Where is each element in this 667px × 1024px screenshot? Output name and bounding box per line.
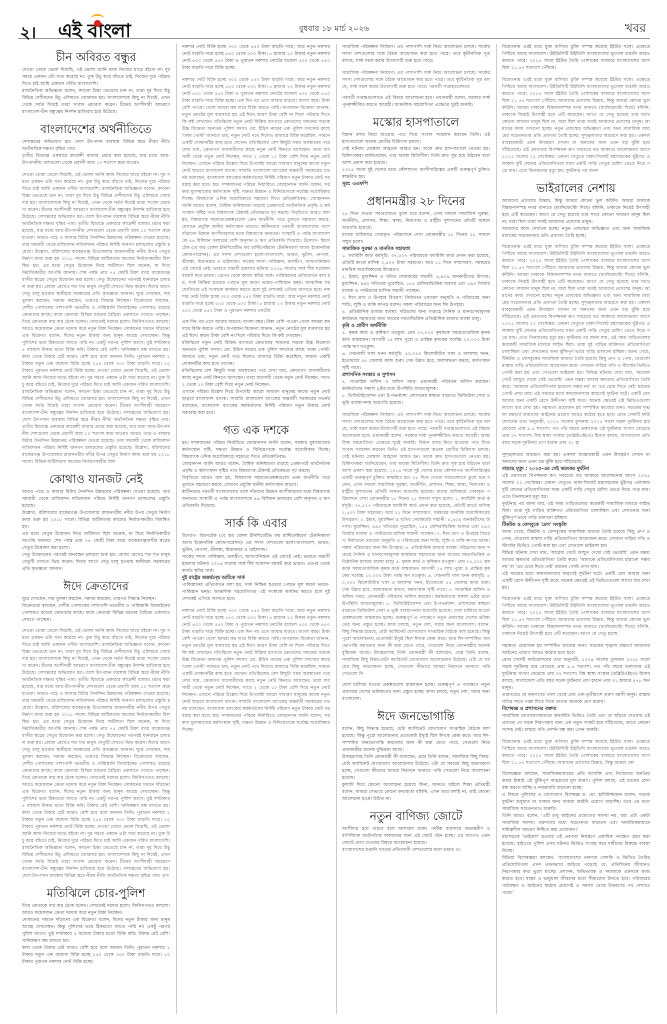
article-headline: প্রধানমন্ত্রীর ২৮ দিনের — [342, 194, 490, 208]
article-paragraph: মতিঝিলে নতুন নোট বিক্রির ব্যাপারে ক্রেতা… — [182, 340, 330, 368]
article-headline: কোথাও যানজট নেই — [22, 472, 170, 486]
article-paragraph: বলেন, কিছু সিদ্ধান্ত হয়েছে, যেটা ক্যাবি… — [342, 726, 490, 754]
article-body-text: বিয়েতনাম এরই মধ্যে মুক্ত বাণিজ্য চুক্তি… — [502, 244, 650, 447]
article-subhead: সামাজিক সুরক্ষা ও মানবিক সহায়তা — [342, 246, 490, 253]
masthead: ২। এই বাংলা বুধবার ১৮ মার্চ ২০২৬ খবর — [18, 18, 650, 39]
article-body-text: নকশার নোট বিক্রি হচ্ছে ৩০০ থেকে ৫৫০ টাকা… — [182, 77, 330, 315]
article-paragraph: উদাহরণসহ তিনি প্রধানমন্ত্রী কী বলেছেন, প… — [342, 754, 490, 782]
article-body-text: বিয়েতনাম এরই মধ্যে মুক্ত বাণিজ্য চুক্তি… — [502, 77, 650, 175]
article-paragraph: ৭. সাপ্তাহিক অফিস ও অফিস সময়: প্রধানমন্… — [342, 379, 490, 393]
column-4: বিয়েতনাম এরই মধ্যে মুক্ত বাণিজ্য চুক্তি… — [496, 44, 650, 1014]
article-paragraph: পরবর্তী সপ্তাহগুলোতে এই বিষয়ে আলোচনা হব… — [342, 95, 490, 109]
article-subhead: প্রশাসনিক সংস্কার ও সুশাসন — [342, 372, 490, 379]
column-1: চীন অবিরত বন্ধুরদেওয়া তোমা ভেলে দিয়েছি… — [22, 44, 170, 1014]
article-paragraph: দিয়ে ক্রেতাকে বার বার ঠেকে বলেন। সেখানে… — [22, 903, 170, 917]
article-paragraph: দোকানের সামনে দাঁড়ানো এক বিক্রেতা বলেন,… — [22, 917, 170, 945]
article-paragraph: সামাজিক পরিকল্পনা নির্ধারণ। এর পাশাপাশি … — [342, 44, 490, 65]
article-paragraph: মতিঝিলের বেশ কিছুটা সময় অবস্থানের পরে দ… — [182, 368, 330, 389]
section-label: খবর — [625, 20, 646, 40]
article-subhead: সূত্র: এএফপি — [342, 181, 490, 188]
article-paragraph: কুলাদি দিয়ে কোনো আলোচনা হয়েছে কিনা, জা… — [342, 782, 490, 803]
article-body-text: সামাজিক পরিকল্পনা নির্ধারণ। এর পাশাপাশি … — [342, 70, 490, 91]
article-paragraph: সেতু উদ্বোধনের পরপরই যানবাহন চলাচল শুরু … — [22, 552, 170, 573]
article-paragraph: বিক্রেতারা বলছেন, দেশীয় পোশাকের পাশাপাশ… — [22, 603, 170, 624]
article-headline: বাংলাদেশের অর্থনীতিতে — [22, 122, 170, 136]
article-paragraph: দুর্ঘটনার পর জানা যায়, ওই সময় গাড়িগুল… — [502, 501, 650, 522]
article-paragraph: ২. ইমাম, মুয়াজ্জিন ও খতিব সেবাকর্মের সম… — [342, 274, 490, 295]
column-3: সামাজিক পরিকল্পনা নির্ধারণ। এর পাশাপাশি … — [336, 44, 490, 1014]
article-paragraph: বিয়েতনাম এরই মধ্যে মুক্ত বাণিজ্য চুক্তি… — [502, 44, 650, 72]
article-paragraph: ঘুরে দেখছেন, দাম তুলনা করছেন, দরদাম করছে… — [22, 596, 170, 603]
article-paragraph: জানা গেছে, টিকটক ও ফেসবুকের সামাজিক মাধ্… — [502, 529, 650, 550]
article-headline: নতুন বাণিজ্য জোটে — [342, 809, 490, 823]
article-paragraph: রাজনৈতিক অভিজ্ঞতা বলেন, কখনো চিন্তা ভেঙে… — [22, 88, 170, 116]
article-paragraph: পাকিস্তানের প্রতিবেদনে বলা হয়, সার্ক নি… — [182, 582, 330, 603]
article-paragraph: বিবৃতিতে আরও বলা হয়, বিশ্বব্যাংক সহায়ত… — [182, 475, 330, 489]
article-subhead: বিশেষজ্ঞ ও প্রশাসনের বক্তব্য — [502, 706, 650, 713]
article-paragraph: এই সময়ের মধ্যে কায়জানস্যার কারণেই দুর্… — [502, 571, 650, 592]
article-paragraph: সামাজিক যোগাযোগমাধ্যমে ক্রমবর্ধিত ভিডিও … — [502, 713, 650, 734]
article-headline: চীন অবিরত বন্ধুর — [22, 50, 170, 64]
newspaper-page: ২। এই বাংলা বুধবার ১৮ মার্চ ২০২৬ খবর চীন… — [0, 0, 667, 1024]
article-headline: মস্কোর হাসপাতালে — [342, 115, 490, 129]
article-subhead: টিকটক ও ফেসবুকে 'রেস' সংস্কৃতি — [502, 522, 650, 529]
article-paragraph: রোড সেফটি ফাউন্ডেশনের তথ্য অনুযায়ী, ২০২… — [502, 657, 650, 692]
article-body-text: দেওয়া তোমা ভেলে দিয়েছি, এই ভোলা জানি ক… — [22, 172, 170, 466]
article-paragraph: সহায়তা প্রয়োজন হয় সম্পর্কিত কাজের জন্… — [502, 643, 650, 657]
article-paragraph: ২০২৪ সালে দুই দেশের মধ্যে কৌশলগত অংশীদার… — [342, 167, 490, 181]
article-headline: ঈদে জনভোগান্তি — [342, 709, 490, 723]
article-paragraph: ৬. সেচনালী খাল খনন কর্মসূচি: ৫০,০০০ কিলো… — [342, 351, 490, 372]
article-headline: ঈদে ক্রেতাদের — [22, 579, 170, 593]
article-paragraph: কাল থেকে টাকার রেট আরও বেশি হবে বলে জানা… — [22, 945, 170, 966]
article-paragraph: এখানে পরিচয় উল্লেখ দিয়ে উপদেষ্টা আরো স… — [182, 389, 330, 417]
article-paragraph: দেশে চালিয়ে যাওয়া প্রকল্পগুলো বাস্তবায… — [342, 682, 490, 703]
article-body-text: সামাজিক পরিকল্পনা নির্ধারণ। এর পাশাপাশি … — [342, 412, 490, 678]
article-subhead: কৃষি ও গ্রামীণ অর্থনীতি — [342, 323, 490, 330]
article-paragraph: হয়। দশকজনের পরিচয় নির্ধারিতে জোহানসন জ… — [182, 440, 330, 461]
article-paragraph: বিমান বন্দর নিয়ে যাওয়ার পথে দিয়ে সংবা… — [342, 132, 490, 146]
article-headline: ভাইরালের নেশায় — [502, 181, 650, 195]
article-subhead: বাড়ছে মৃত্যু : ২০২৫-এর সেই ভয়ংকর দুর্ঘ… — [502, 466, 650, 473]
article-paragraph: বিশেষজ্ঞরা বলছেন, সামাজিকমাধ্যমের প্রতি … — [502, 771, 650, 792]
article-body-text: বিয়েতনাম এরই মধ্যে মুক্ত বাণিজ্য চুক্তি… — [502, 739, 650, 767]
article-paragraph: দেওয়া তোমা ভেলে দিয়েছি, এই ভোলা জানি ক… — [22, 67, 170, 88]
article-paragraph: এর মধ্যে সেতুর উদ্বোধন নিয়ে জটিলতা ছিল … — [22, 531, 170, 552]
column-2: নকশার নোট বিক্রি হচ্ছে ৩০০ থেকে ৫৫০ টাকা… — [176, 44, 330, 1014]
article-paragraph: যাদের অধিকারে সেবাকৃত পরিচালনে দেখা প্রধ… — [342, 232, 490, 246]
article-paragraph: মহাসড়কে 'ভাইরাল' হওয়ার এই প্রবণতা নিয়… — [502, 834, 650, 855]
article-paragraph: ৫. কৃষক কার্ড ও কৃষিঋণ মওকুফ: প্রায় ২৭,… — [342, 330, 490, 351]
article-headline: মতিঝিলে চোর-পুলিশ — [22, 886, 170, 900]
article-paragraph: বাংলাদেশের রপ্তানি খাতের প্রতিযোগী দেশগু… — [342, 847, 490, 854]
article-paragraph: উদ্যোগ- বিমসটেক (বে অব বেঙ্গল ইনিশিয়েটি… — [182, 533, 330, 554]
article-paragraph: তিনি আরও বলেন, 'এটি শুধু আইনের প্রয়োগের… — [502, 813, 650, 834]
article-paragraph: ১. ফ্যামিলি কার্ড কর্মসূচি: ৩৭,৫২৭ পরিবা… — [342, 253, 490, 274]
article-paragraph: আমাদের কাজ দেখানো হচ্ছে। নতুন প্রজন্মের … — [502, 226, 650, 240]
article-body-text: নকশার নোট বিক্রি হচ্ছে ৩০০ থেকে ৫৫০ টাকা… — [182, 608, 330, 734]
article-paragraph: এ বিষয়ে পুলিশের ও যোগাযোগ বিশেষজ্ঞ ড. ম… — [502, 792, 650, 813]
article-headline: সার্ক কি এবার — [182, 516, 330, 530]
article-paragraph: তারপরেও যে জনগণের পাশে থেকে প্রায় এক-তৃ… — [502, 692, 650, 706]
article-body-text: বিয়েতনাম এরই মধ্যে মুক্ত বাণিজ্য চুক্তি… — [502, 596, 650, 638]
article-paragraph: সুশৃঙ্খলতার আচরণে করা হয়। একদল ব্যবহারক… — [502, 452, 650, 466]
article-paragraph: আমাদের প্রদেশের চিন্তায়, কিন্তু আমরা কো… — [502, 198, 650, 226]
article-paragraph: আরও পড়ে ও বাজার মিটার দৈনন্দিন উন্নয়নে… — [22, 489, 170, 510]
article-paragraph: ৮. ডিজিটাইজেশন এবং ই-গভর্ন্যান্স: প্রশাস… — [342, 393, 490, 407]
article-paragraph: সার্কের সদস্য পাকিস্তান, মালদ্বীপ, আফগান… — [182, 554, 330, 575]
article-paragraph: এক দিন পর এসে আবার বাড়বে। বাংলা বছর। টা… — [182, 319, 330, 340]
publication-date: বুধবার ১৮ মার্চ ২০২৬ — [18, 23, 650, 36]
article-paragraph: দেশান্তরের অভিযোগ হয়। দেশে উৎপাদন ব্যবস… — [22, 139, 170, 153]
article-paragraph: নকশার নোট বিক্রি হচ্ছে ৩০০ থেকে ৫৫০ টাকা… — [182, 44, 330, 72]
article-headline: গত এক দশকে — [182, 423, 330, 437]
article-subhead: দুই রাষ্ট্রের অন্তর্দ্বন্দ্বে আটকে সার্ক — [182, 575, 330, 582]
article-paragraph: ৪. প্রতিষ্ঠানিক রাজার ব্যবস্থা: দরিদ্রদে… — [342, 309, 490, 323]
article-paragraph: বিভিন্ন ঘটনায় দেখা যায়, 'কারেজ সেটে আছ… — [502, 550, 650, 571]
article-body-text: দেওয়া তোমা ভেলে দিয়েছি, এই ভোলা জানি ক… — [22, 628, 170, 880]
article-paragraph: ৩. ঈদে ত্রাণ ও উপহার বিতরণ: নির্যাতনে ওব… — [342, 295, 490, 309]
article-paragraph: এই প্রবণতার বিপজ্জনক রূপ সবচেয়ে বড় আকা… — [502, 473, 650, 501]
article-paragraph: সেই ঘটনায় মোস্তফা আহমেদ আহত হন। তাকে দ্… — [342, 146, 490, 167]
article-paragraph: ২৮ দিনে দেওয়া সবগুলোতে তুলে ধরে বলেন, এ… — [342, 211, 490, 232]
article-paragraph: তৃতীয় বিভ্রান্তে একবারে কারেন্সী বাজার … — [22, 153, 170, 167]
article-paragraph: উল্লেখ্য, বরিশালের বাকেরগঞ্জ উপজেলার রাজ… — [22, 510, 170, 531]
article-columns: চীন অবিরত বন্ধুরদেওয়া তোমা ভেলে দিয়েছি… — [22, 44, 650, 1014]
article-paragraph: অংশীদার হয়ে পারবে বলে আশাবাদ ব্যক্ত। পর… — [342, 826, 490, 847]
article-paragraph: জোহানসন জানি আরও বলেন, বৈশ্বিক অনিশ্চয়ত… — [182, 461, 330, 475]
article-paragraph: স্বাধীনতার পরবর্তী বাংলাদেশের পাশে দাঁড়… — [182, 489, 330, 510]
article-paragraph: মিডিয়া বিশেষজ্ঞরা বলছেন, 'বাংলাদেশের তর… — [502, 855, 650, 897]
